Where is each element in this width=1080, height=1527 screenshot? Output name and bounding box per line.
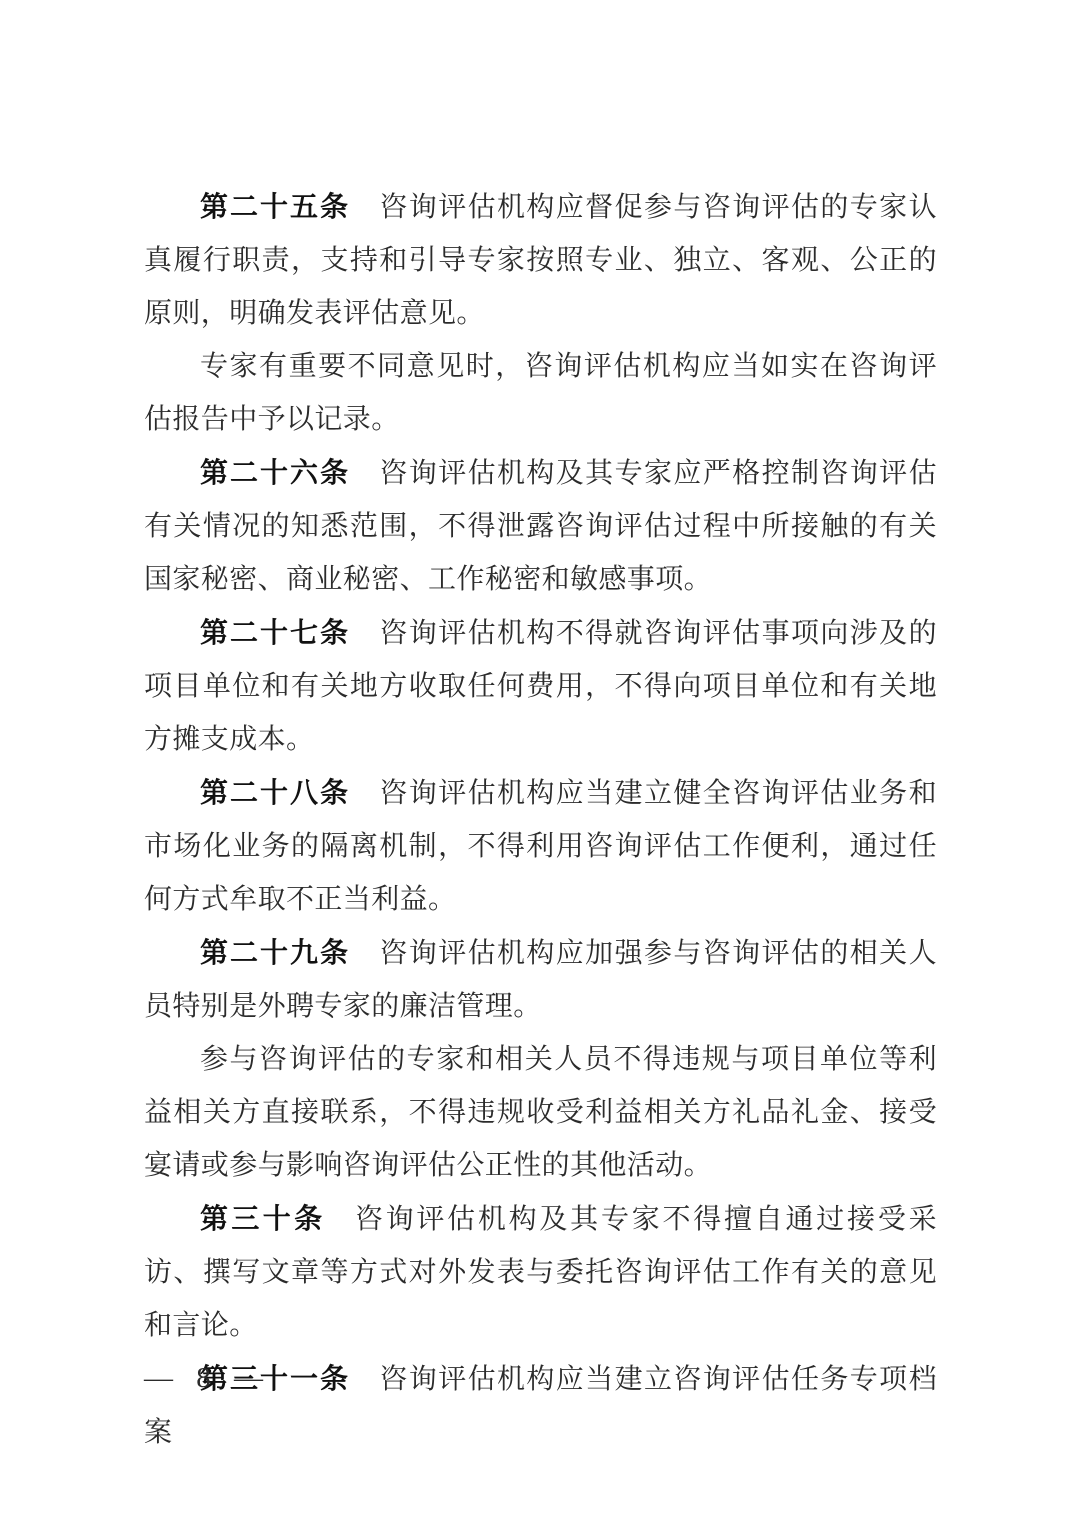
article-number: 第二十五条 — [200, 191, 350, 222]
article-number: 第二十七条 — [200, 617, 350, 648]
article-number: 第二十九条 — [200, 937, 350, 968]
article-number: 第二十八条 — [200, 777, 350, 808]
article-paragraph: 第三十条咨询评估机构及其专家不得擅自通过接受采访、撰写文章等方式对外发表与委托咨… — [144, 1192, 937, 1352]
body-paragraph: 专家有重要不同意见时，咨询评估机构应当如实在咨询评估报告中予以记录。 — [144, 340, 937, 446]
article-paragraph: 第二十七条咨询评估机构不得就咨询评估事项向涉及的项目单位和有关地方收取任何费用，… — [144, 606, 937, 766]
document-body: 第二十五条咨询评估机构应督促参与咨询评估的专家认真履行职责，支持和引导专家按照专… — [144, 180, 937, 1459]
article-paragraph: 第二十五条咨询评估机构应督促参与咨询评估的专家认真履行职责，支持和引导专家按照专… — [144, 180, 937, 340]
article-number: 第二十六条 — [200, 457, 350, 488]
article-number: 第三十条 — [200, 1203, 325, 1234]
article-text: 参与咨询评估的专家和相关人员不得违规与项目单位等利益相关方直接联系，不得违规收受… — [144, 1044, 937, 1181]
article-paragraph: 第二十八条咨询评估机构应当建立健全咨询评估业务和市场化业务的隔离机制，不得利用咨… — [144, 766, 937, 926]
article-paragraph: 第二十九条咨询评估机构应加强参与咨询评估的相关人员特别是外聘专家的廉洁管理。 — [144, 926, 937, 1033]
body-paragraph: 参与咨询评估的专家和相关人员不得违规与项目单位等利益相关方直接联系，不得违规收受… — [144, 1033, 937, 1192]
page-number: — 8 — — [144, 1362, 271, 1395]
article-text: 专家有重要不同意见时，咨询评估机构应当如实在咨询评估报告中予以记录。 — [144, 351, 937, 435]
document-page: 第二十五条咨询评估机构应督促参与咨询评估的专家认真履行职责，支持和引导专家按照专… — [0, 0, 1080, 1527]
article-paragraph: 第二十六条咨询评估机构及其专家应严格控制咨询评估有关情况的知悉范围，不得泄露咨询… — [144, 446, 937, 606]
